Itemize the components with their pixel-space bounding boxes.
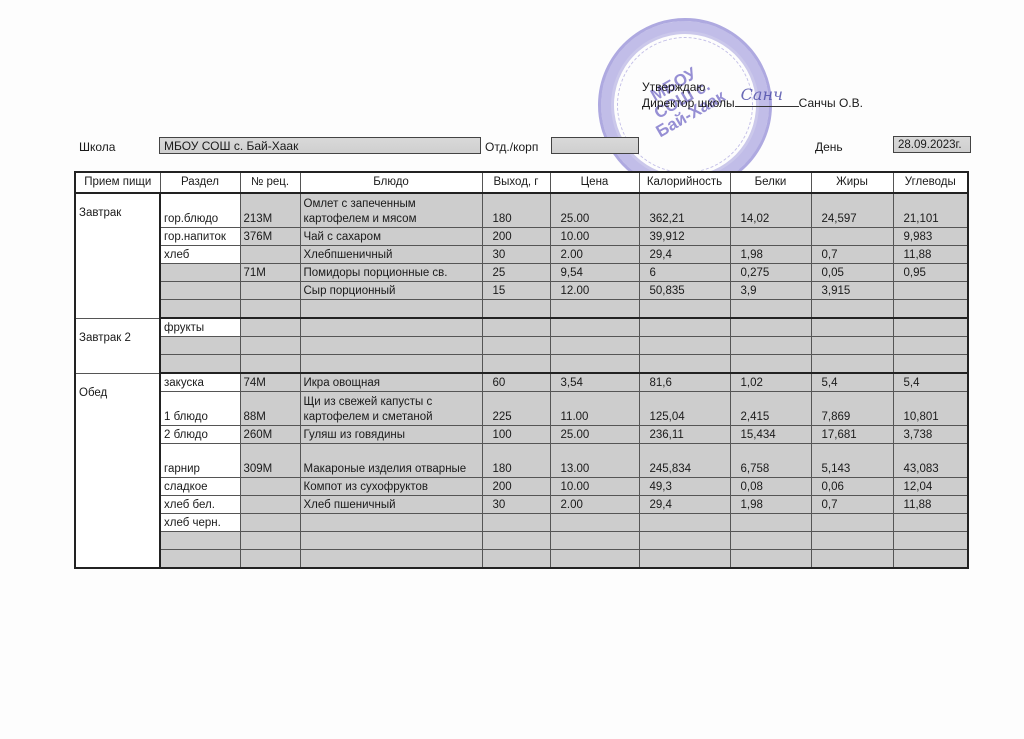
carbs-cell (893, 355, 968, 374)
kcal-cell: 39,912 (639, 228, 730, 246)
recipe-cell (240, 496, 300, 514)
kcal-cell: 29,4 (639, 496, 730, 514)
school-field[interactable]: МБОУ СОШ с. Бай-Хаак (159, 137, 481, 154)
recipe-cell (240, 337, 300, 355)
recipe-cell (240, 246, 300, 264)
carbs-cell (893, 337, 968, 355)
recipe-cell (240, 532, 300, 550)
table-row: Обедзакуска74МИкра овощная603,5481,61,02… (75, 373, 968, 392)
carbs-cell (893, 532, 968, 550)
section-cell: гор.напиток (160, 228, 240, 246)
recipe-cell: 260М (240, 426, 300, 444)
kcal-cell: 50,835 (639, 282, 730, 300)
dish-line-2: картофелем и сметаной (304, 410, 479, 425)
protein-cell: 15,434 (730, 426, 811, 444)
table-row: Завтракгор.блюдо213МОмлет с запеченнымка… (75, 193, 968, 228)
protein-cell (730, 228, 811, 246)
section-cell: фрукты (160, 318, 240, 337)
kcal-cell (639, 355, 730, 374)
dish-cell: Помидоры порционные св. (300, 264, 482, 282)
fat-cell (811, 318, 893, 337)
dish-cell: Хлеб пшеничный (300, 496, 482, 514)
dish-line-1: Щи из свежей капусты с (304, 395, 479, 410)
protein-cell: 1,02 (730, 373, 811, 392)
yield-cell: 180 (482, 444, 550, 478)
dish-cell (300, 337, 482, 355)
price-cell (550, 300, 639, 319)
dish-cell: Сыр порционный (300, 282, 482, 300)
approval-block: Утверждаю Директор школыСанчСанчы О.В. (642, 80, 863, 111)
fat-cell (811, 228, 893, 246)
price-cell: 10.00 (550, 228, 639, 246)
yield-cell (482, 355, 550, 374)
meal-cell: Завтрак (75, 193, 160, 318)
kcal-cell: 49,3 (639, 478, 730, 496)
price-cell: 2.00 (550, 496, 639, 514)
section-cell: хлеб бел. (160, 496, 240, 514)
yield-cell (482, 532, 550, 550)
carbs-cell (893, 550, 968, 569)
section-cell: хлеб (160, 246, 240, 264)
yield-cell: 60 (482, 373, 550, 392)
recipe-cell (240, 478, 300, 496)
director-line: Директор школыСанчСанчы О.В. (642, 95, 863, 111)
recipe-cell: 213М (240, 193, 300, 228)
protein-cell: 1,98 (730, 246, 811, 264)
carbs-cell: 21,101 (893, 193, 968, 228)
table-header-row: Прием пищиРаздел№ рец.БлюдоВыход, гЦенаК… (75, 172, 968, 193)
section-cell: 1 блюдо (160, 392, 240, 426)
column-header: Раздел (160, 172, 240, 193)
price-cell: 25.00 (550, 426, 639, 444)
menu-table: Прием пищиРаздел№ рец.БлюдоВыход, гЦенаК… (74, 171, 969, 569)
director-name: Санчы О.В. (799, 96, 863, 110)
fat-cell (811, 355, 893, 374)
yield-cell: 25 (482, 264, 550, 282)
dish-line-2: картофелем и мясом (304, 212, 479, 227)
kcal-cell (639, 300, 730, 319)
yield-cell (482, 337, 550, 355)
fat-cell (811, 550, 893, 569)
column-header: Калорийность (639, 172, 730, 193)
table-row: хлебХлебпшеничный302.0029,41,980,711,88 (75, 246, 968, 264)
kcal-cell (639, 318, 730, 337)
yield-cell: 200 (482, 228, 550, 246)
signature-line: Санч (735, 95, 799, 107)
recipe-cell (240, 355, 300, 374)
section-cell (160, 300, 240, 319)
fat-cell (811, 337, 893, 355)
kcal-cell: 236,11 (639, 426, 730, 444)
dish-cell (300, 318, 482, 337)
section-cell (160, 550, 240, 569)
fat-cell: 5,143 (811, 444, 893, 478)
fat-cell: 0,05 (811, 264, 893, 282)
protein-cell: 6,758 (730, 444, 811, 478)
protein-cell (730, 532, 811, 550)
table-row: гарнир309ММакароные изделия отварные1801… (75, 444, 968, 478)
recipe-cell: 74М (240, 373, 300, 392)
section-cell: закуска (160, 373, 240, 392)
yield-cell: 15 (482, 282, 550, 300)
recipe-cell: 88М (240, 392, 300, 426)
column-header: Выход, г (482, 172, 550, 193)
kcal-cell: 81,6 (639, 373, 730, 392)
fat-cell: 0,7 (811, 246, 893, 264)
recipe-cell (240, 300, 300, 319)
meal-cell: Завтрак 2 (75, 318, 160, 373)
yield-cell: 225 (482, 392, 550, 426)
recipe-cell: 309М (240, 444, 300, 478)
yield-cell (482, 550, 550, 569)
kcal-cell (639, 514, 730, 532)
carbs-cell: 5,4 (893, 373, 968, 392)
column-header: Цена (550, 172, 639, 193)
carbs-cell (893, 318, 968, 337)
recipe-cell (240, 514, 300, 532)
table-row: 1 блюдо88МЩи из свежей капусты скартофел… (75, 392, 968, 426)
section-cell (160, 532, 240, 550)
day-field[interactable]: 28.09.2023г. (893, 136, 971, 153)
dish-cell: Щи из свежей капусты скартофелем и смета… (300, 392, 482, 426)
fat-cell: 0,7 (811, 496, 893, 514)
section-cell: гор.блюдо (160, 193, 240, 228)
price-cell: 3,54 (550, 373, 639, 392)
fat-cell: 0,06 (811, 478, 893, 496)
dish-cell: Икра овощная (300, 373, 482, 392)
carbs-cell (893, 282, 968, 300)
carbs-cell: 3,738 (893, 426, 968, 444)
protein-cell: 0,275 (730, 264, 811, 282)
dish-cell: Гуляш из говядины (300, 426, 482, 444)
price-cell (550, 514, 639, 532)
protein-cell: 14,02 (730, 193, 811, 228)
carbs-cell: 43,083 (893, 444, 968, 478)
yield-cell: 200 (482, 478, 550, 496)
section-cell: сладкое (160, 478, 240, 496)
column-header: Углеводы (893, 172, 968, 193)
price-cell: 9,54 (550, 264, 639, 282)
dish-cell: Омлет с запеченнымкартофелем и мясом (300, 193, 482, 228)
day-label: День (815, 140, 843, 154)
fat-cell (811, 532, 893, 550)
dish-cell (300, 355, 482, 374)
column-header: Прием пищи (75, 172, 160, 193)
kcal-cell: 6 (639, 264, 730, 282)
price-cell (550, 318, 639, 337)
price-cell (550, 550, 639, 569)
fat-cell (811, 514, 893, 532)
table-row: хлеб черн. (75, 514, 968, 532)
dept-field[interactable] (551, 137, 639, 154)
fat-cell: 3,915 (811, 282, 893, 300)
carbs-cell: 11,88 (893, 246, 968, 264)
kcal-cell: 362,21 (639, 193, 730, 228)
price-cell (550, 355, 639, 374)
yield-cell: 180 (482, 193, 550, 228)
protein-cell (730, 550, 811, 569)
kcal-cell (639, 532, 730, 550)
fat-cell: 5,4 (811, 373, 893, 392)
table-row (75, 300, 968, 319)
price-cell: 12.00 (550, 282, 639, 300)
protein-cell (730, 300, 811, 319)
meal-cell: Обед (75, 373, 160, 568)
table-row: 2 блюдо260МГуляш из говядины10025.00236,… (75, 426, 968, 444)
table-row (75, 550, 968, 569)
table-row: Сыр порционный1512.0050,8353,93,915 (75, 282, 968, 300)
fat-cell: 24,597 (811, 193, 893, 228)
protein-cell (730, 355, 811, 374)
dish-line-1: Омлет с запеченным (304, 197, 479, 212)
dish-cell: Компот из сухофруктов (300, 478, 482, 496)
yield-cell: 30 (482, 496, 550, 514)
carbs-cell: 9,983 (893, 228, 968, 246)
school-label: Школа (79, 140, 115, 154)
recipe-cell: 376М (240, 228, 300, 246)
dish-cell: Макароные изделия отварные (300, 444, 482, 478)
yield-cell: 30 (482, 246, 550, 264)
dish-cell: Чай с сахаром (300, 228, 482, 246)
yield-cell (482, 318, 550, 337)
table-row: сладкоеКомпот из сухофруктов20010.0049,3… (75, 478, 968, 496)
kcal-cell (639, 337, 730, 355)
recipe-cell: 71М (240, 264, 300, 282)
table-row: Завтрак 2фрукты (75, 318, 968, 337)
yield-cell (482, 514, 550, 532)
dish-cell (300, 514, 482, 532)
section-cell: гарнир (160, 444, 240, 478)
protein-cell: 3,9 (730, 282, 811, 300)
dish-cell: Хлебпшеничный (300, 246, 482, 264)
director-label: Директор школы (642, 96, 735, 110)
carbs-cell (893, 514, 968, 532)
table-row (75, 532, 968, 550)
price-cell: 25.00 (550, 193, 639, 228)
price-cell (550, 337, 639, 355)
protein-cell: 2,415 (730, 392, 811, 426)
protein-cell: 1,98 (730, 496, 811, 514)
fat-cell: 7,869 (811, 392, 893, 426)
carbs-cell: 10,801 (893, 392, 968, 426)
column-header: Жиры (811, 172, 893, 193)
recipe-cell (240, 550, 300, 569)
section-cell (160, 264, 240, 282)
kcal-cell (639, 550, 730, 569)
fat-cell (811, 300, 893, 319)
recipe-cell (240, 282, 300, 300)
carbs-cell: 11,88 (893, 496, 968, 514)
signature: Санч (741, 87, 783, 102)
section-cell (160, 282, 240, 300)
protein-cell (730, 337, 811, 355)
carbs-cell (893, 300, 968, 319)
price-cell (550, 532, 639, 550)
table-row (75, 355, 968, 374)
carbs-cell: 0,95 (893, 264, 968, 282)
dish-cell (300, 550, 482, 569)
price-cell: 10.00 (550, 478, 639, 496)
column-header: № рец. (240, 172, 300, 193)
kcal-cell: 245,834 (639, 444, 730, 478)
carbs-cell: 12,04 (893, 478, 968, 496)
section-cell: 2 блюдо (160, 426, 240, 444)
column-header: Белки (730, 172, 811, 193)
table-row: хлеб бел.Хлеб пшеничный302.0029,41,980,7… (75, 496, 968, 514)
table-row: гор.напиток376МЧай с сахаром20010.0039,9… (75, 228, 968, 246)
kcal-cell: 125,04 (639, 392, 730, 426)
table-row (75, 337, 968, 355)
yield-cell: 100 (482, 426, 550, 444)
protein-cell (730, 318, 811, 337)
section-cell (160, 337, 240, 355)
dish-cell (300, 300, 482, 319)
dept-label: Отд./корп (485, 140, 538, 154)
price-cell: 11.00 (550, 392, 639, 426)
table-row: 71МПомидоры порционные св.259,5460,2750,… (75, 264, 968, 282)
section-cell: хлеб черн. (160, 514, 240, 532)
price-cell: 2.00 (550, 246, 639, 264)
price-cell: 13.00 (550, 444, 639, 478)
column-header: Блюдо (300, 172, 482, 193)
protein-cell: 0,08 (730, 478, 811, 496)
kcal-cell: 29,4 (639, 246, 730, 264)
fat-cell: 17,681 (811, 426, 893, 444)
section-cell (160, 355, 240, 374)
protein-cell (730, 514, 811, 532)
yield-cell (482, 300, 550, 319)
recipe-cell (240, 318, 300, 337)
dish-cell (300, 532, 482, 550)
